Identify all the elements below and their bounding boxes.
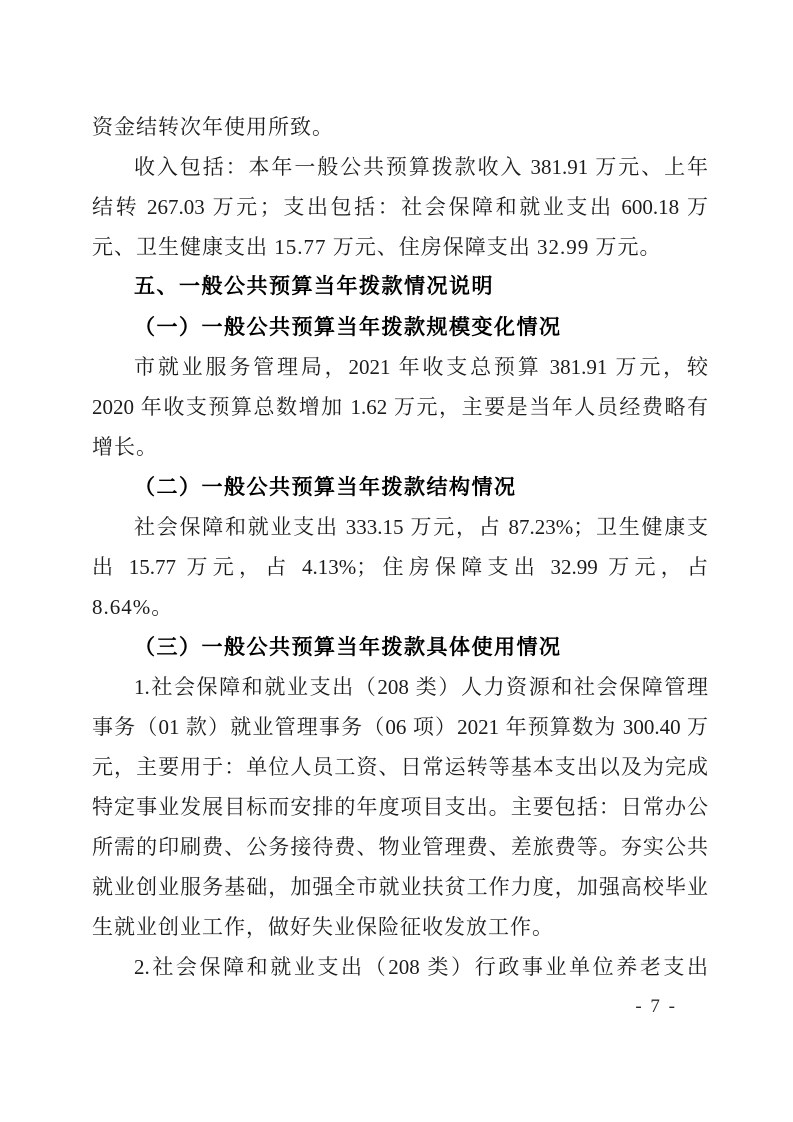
paragraph-line: 事务（01 款）就业管理事务（06 项）2021 年预算数为 300.40 万 [92, 707, 708, 747]
paragraph-line: 所需的印刷费、公务接待费、物业管理费、差旅费等。夯实公共 [92, 827, 708, 867]
page-number: - 7 - [635, 994, 677, 1020]
paragraph-line: 元，主要用于：单位人员工资、日常运转等基本支出以及为完成 [92, 747, 708, 787]
subsection-heading-3: （三）一般公共预算当年拨款具体使用情况 [92, 627, 708, 667]
paragraph-line: 就业创业服务基础，加强全市就业扶贫工作力度，加强高校毕业 [92, 867, 708, 907]
paragraph-line: 特定事业发展目标而安排的年度项目支出。主要包括：日常办公 [92, 787, 708, 827]
paragraph-line: 社会保障和就业支出 333.15 万元，占 87.23%；卫生健康支 [92, 507, 708, 547]
subsection-heading-1: （一）一般公共预算当年拨款规模变化情况 [92, 307, 708, 347]
paragraph-line: 出 15.77 万元，占 4.13%；住房保障支出 32.99 万元，占 [92, 547, 708, 587]
paragraph-line: 资金结转次年使用所致。 [92, 107, 708, 147]
paragraph-line: 生就业创业工作，做好失业保险征收发放工作。 [92, 907, 708, 947]
paragraph-line: 结转 267.03 万元；支出包括：社会保障和就业支出 600.18 万 [92, 187, 708, 227]
paragraph-line: 8.64%。 [92, 587, 708, 627]
paragraph-line: 2020 年收支预算总数增加 1.62 万元，主要是当年人员经费略有 [92, 387, 708, 427]
paragraph-line: 收入包括：本年一般公共预算拨款收入 381.91 万元、上年 [92, 147, 708, 187]
document-body: 资金结转次年使用所致。 收入包括：本年一般公共预算拨款收入 381.91 万元、… [92, 107, 708, 987]
document-page: 资金结转次年使用所致。 收入包括：本年一般公共预算拨款收入 381.91 万元、… [0, 0, 793, 1122]
paragraph-line: 1.社会保障和就业支出（208 类）人力资源和社会保障管理 [92, 667, 708, 707]
paragraph-line: 市就业服务管理局，2021 年收支总预算 381.91 万元，较 [92, 347, 708, 387]
paragraph-line: 元、卫生健康支出 15.77 万元、住房保障支出 32.99 万元。 [92, 227, 708, 267]
paragraph-line: 2.社会保障和就业支出（208 类）行政事业单位养老支出 [92, 947, 708, 987]
section-heading-5: 五、一般公共预算当年拨款情况说明 [92, 267, 708, 307]
paragraph-line: 增长。 [92, 427, 708, 467]
subsection-heading-2: （二）一般公共预算当年拨款结构情况 [92, 467, 708, 507]
